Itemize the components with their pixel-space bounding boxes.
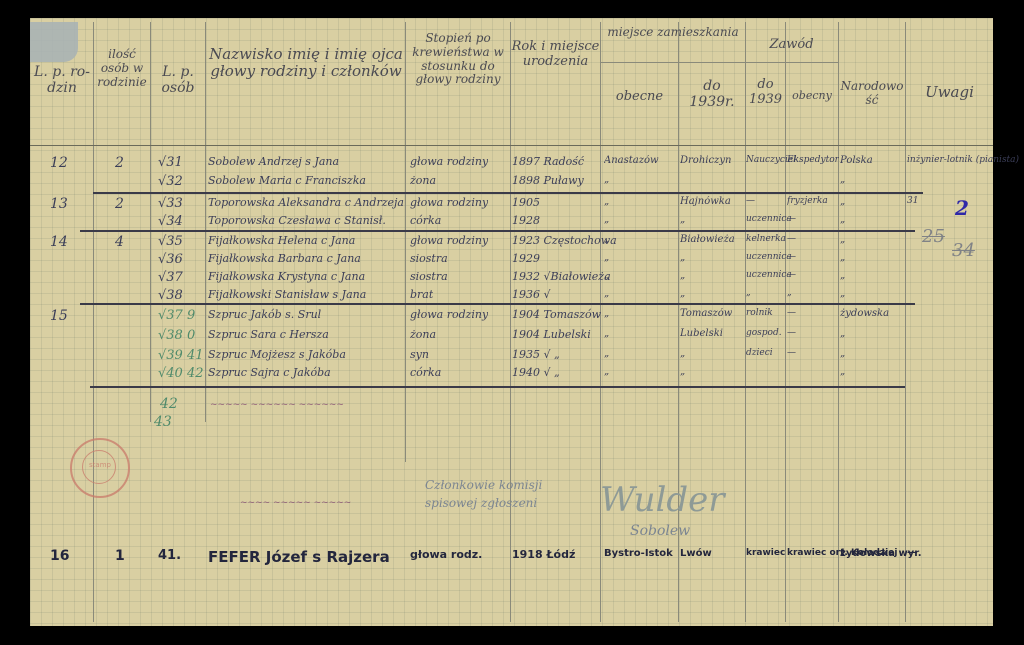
header-narodowosc: Narodowość	[839, 80, 905, 108]
row-birth: 1904 Tomaszów	[512, 308, 601, 321]
row-lp: √40 42	[158, 366, 204, 381]
row-family: 12	[50, 155, 68, 171]
extra-number: 43	[154, 414, 172, 430]
col-divider	[600, 22, 601, 622]
row-lp: √33	[158, 196, 183, 211]
row-relation: głowa rodz.	[410, 548, 482, 561]
row-lp: √34	[158, 214, 183, 229]
row-birth: 1929	[512, 252, 540, 265]
row-pre1939: Hajnówka	[680, 196, 731, 207]
row-family: 15	[50, 308, 68, 324]
row-relation: głowa rodziny	[410, 308, 488, 321]
row-occ-now: —	[787, 308, 796, 318]
row-birth: 1904 Lubelski	[512, 328, 591, 341]
family-separator	[90, 386, 905, 388]
row-current: „	[604, 252, 609, 263]
row-notes: 31	[907, 196, 918, 206]
row-name: Fijałkowska Krystyna c Jana	[208, 270, 365, 283]
row-family: 14	[50, 234, 68, 250]
row-name: Toporowska Czesława c Stanisł.	[208, 214, 386, 227]
row-nation: żydowska	[840, 308, 889, 319]
header-subrule	[600, 62, 838, 63]
extra-number: 42	[160, 396, 178, 412]
header-obecny: obecny	[786, 90, 838, 103]
row-relation: brat	[410, 288, 433, 301]
row-birth: 1918 Łódź	[512, 548, 575, 561]
row-nation: Polska	[840, 155, 873, 166]
row-family: 16	[50, 548, 69, 564]
row-name: Sobolew Maria c Franciszka	[208, 174, 366, 187]
row-occ-pre: uczennica	[746, 214, 792, 224]
row-lp: √31	[158, 155, 183, 170]
row-name: Fijałkowska Barbara c Jana	[208, 252, 361, 265]
row-relation: głowa rodziny	[410, 155, 488, 168]
row-relation: żona	[410, 328, 436, 341]
row-pre1939: Lubelski	[680, 328, 723, 339]
row-occ-now: —	[787, 270, 796, 280]
row-name: Szpruc Mojżesz s Jakóba	[208, 348, 346, 361]
row-nation: „	[840, 252, 845, 263]
row-lp: √36	[158, 252, 183, 267]
row-pre1939: „	[680, 348, 685, 359]
row-relation: siostra	[410, 270, 448, 283]
col-divider	[405, 22, 406, 462]
row-pre1939: Białowieża	[680, 234, 735, 245]
row-name: Sobolew Andrzej s Jana	[208, 155, 339, 168]
row-relation: siostra	[410, 252, 448, 265]
row-current: „	[604, 234, 609, 245]
row-pre1939: „	[680, 214, 685, 225]
row-relation: córka	[410, 366, 441, 379]
row-name: Szpruc Sara c Hersza	[208, 328, 329, 341]
row-occ-pre: kelnerka	[746, 234, 786, 244]
row-occ-pre: krawiec	[746, 548, 785, 558]
row-occ-now: —	[787, 214, 796, 224]
row-current: „	[604, 366, 609, 377]
row-name: Fijałkowski Stanisław s Jana	[208, 288, 366, 301]
col-divider	[510, 22, 511, 622]
header-zawod: Zawód	[745, 38, 838, 53]
row-current: Bystro-Istok	[604, 548, 673, 559]
row-birth: 1905	[512, 196, 540, 209]
row-nation: „	[840, 196, 845, 207]
row-pre1939: „	[680, 288, 685, 299]
row-count: 2	[115, 155, 124, 171]
header-lp-osob: L. p. osób	[151, 64, 205, 96]
col-divider	[785, 22, 786, 622]
faded-entry: ~~~~ ~~~~~ ~~~~~	[240, 498, 351, 508]
row-notes: inżynier-lotnik (pianista)	[907, 155, 1019, 165]
row-nation: „	[840, 348, 845, 359]
row-occ-now: —	[787, 252, 796, 262]
row-nation: „	[840, 270, 845, 281]
header-bottom	[30, 145, 993, 146]
family-separator	[93, 192, 923, 194]
row-birth: 1928	[512, 214, 540, 227]
header-do-1939r: do 1939r.	[679, 78, 745, 110]
official-stamp: stamp	[70, 438, 130, 498]
header-uwagi: Uwagi	[906, 84, 993, 101]
row-occ-now: —	[787, 234, 796, 244]
row-lp: √38 0	[158, 328, 195, 343]
row-lp: √37 9	[158, 308, 195, 323]
col-divider	[745, 22, 746, 622]
header-lp-rodzin: L. p. ro-dzin	[32, 64, 92, 96]
header-rok-miejsce: Rok i miejsce urodzenia	[511, 40, 600, 70]
row-current: „	[604, 288, 609, 299]
row-occ-pre: dzieci	[746, 348, 773, 358]
blue-number: 2	[955, 196, 969, 220]
row-lp: √35	[158, 234, 183, 249]
row-relation: żona	[410, 174, 436, 187]
row-occ-pre: rolnik	[746, 308, 773, 318]
row-occ-pre: —	[746, 196, 755, 206]
row-name: FEFER Józef s Rajzera	[208, 548, 390, 566]
row-occ-pre: gospod.	[746, 328, 782, 338]
row-count: 2	[115, 196, 124, 212]
row-birth: 1923 Częstochowa	[512, 234, 617, 247]
row-notes: —	[907, 548, 916, 558]
row-count: 1	[115, 548, 125, 564]
row-lp: √39 41	[158, 348, 204, 363]
row-occ-pre: uczennica	[746, 270, 792, 280]
col-divider	[905, 22, 906, 622]
row-current: „	[604, 328, 609, 339]
row-name: Szpruc Sajra c Jakóba	[208, 366, 331, 379]
row-current: Anastazów	[604, 155, 659, 166]
family-separator	[80, 303, 915, 305]
row-relation: syn	[410, 348, 429, 361]
row-nation: „	[840, 174, 845, 185]
commission-annotation: Członkowie komisji spisowej zgłoszeni	[425, 476, 575, 512]
row-birth: 1940 √ „	[512, 366, 560, 379]
row-birth: 1898 Puławy	[512, 174, 584, 187]
row-current: „	[604, 214, 609, 225]
row-family: 13	[50, 196, 68, 212]
row-birth: 1897 Radość	[512, 155, 584, 168]
row-name: Fijałkowska Helena c Jana	[208, 234, 355, 247]
row-lp: √38	[158, 288, 183, 303]
row-count: 4	[115, 234, 124, 250]
crossed-mark: 25	[922, 226, 945, 247]
row-occ-now: Ekspedytor	[787, 155, 839, 165]
col-divider	[205, 22, 206, 422]
faded-entry: ~~~~~ ~~~~~~ ~~~~~~	[210, 400, 344, 410]
signature-name: Sobolew	[630, 523, 690, 539]
row-nation: „	[840, 214, 845, 225]
row-lp: √37	[158, 270, 183, 285]
family-separator	[80, 230, 915, 232]
col-divider	[838, 22, 839, 622]
row-pre1939: Drohiczyn	[680, 155, 731, 166]
row-relation: głowa rodziny	[410, 196, 488, 209]
row-nation: „	[840, 366, 845, 377]
row-lp: 41.	[158, 548, 181, 563]
row-nation: „	[840, 234, 845, 245]
row-current: „	[604, 308, 609, 319]
row-occ-pre: uczennica	[746, 252, 792, 262]
row-lp: √32	[158, 174, 183, 189]
row-pre1939: Tomaszów	[680, 308, 732, 319]
row-birth: 1932 √Białowieża	[512, 270, 611, 283]
row-relation: głowa rodziny	[410, 234, 488, 247]
crossed-mark: 34	[952, 240, 975, 261]
header-nazwisko: Nazwisko imię i imię ojca głowy rodziny …	[206, 46, 406, 81]
row-current: „	[604, 270, 609, 281]
header-ilosc-osob: ilość osób w rodzinie	[94, 48, 150, 89]
header-zawod-do-1939: do 1939	[746, 78, 785, 108]
col-divider	[93, 22, 94, 622]
header-obecne: obecne	[601, 90, 678, 105]
row-name: Szpruc Jakób s. Srul	[208, 308, 321, 321]
row-birth: 1935 √ „	[512, 348, 560, 361]
register-page: L. p. ro-dzin ilość osób w rodzinie L. p…	[30, 18, 993, 626]
row-occ-now: —	[787, 328, 796, 338]
row-occ-now: fryzjerka	[787, 196, 828, 206]
row-birth: 1936 √	[512, 288, 551, 301]
row-current: „	[604, 348, 609, 359]
header-stopien: Stopień po krewieństwa w stosunku do gło…	[406, 32, 510, 87]
row-current: „	[604, 174, 609, 185]
header-miejsce-zamieszkania: miejsce zamieszkania	[601, 26, 745, 40]
row-current: „	[604, 196, 609, 207]
row-relation: córka	[410, 214, 441, 227]
row-pre1939: „	[680, 270, 685, 281]
signature: Wulder	[600, 480, 724, 520]
row-occ-pre: „	[746, 288, 751, 298]
row-name: Toporowska Aleksandra c Andrzeja	[208, 196, 404, 209]
row-pre1939: „	[680, 366, 685, 377]
row-occ-now: „	[787, 288, 792, 298]
paper-stain	[30, 22, 78, 62]
row-pre1939: „	[680, 252, 685, 263]
row-occ-now: —	[787, 348, 796, 358]
row-pre1939: Lwów	[680, 548, 712, 559]
row-nation: „	[840, 328, 845, 339]
row-nation: „	[840, 288, 845, 299]
